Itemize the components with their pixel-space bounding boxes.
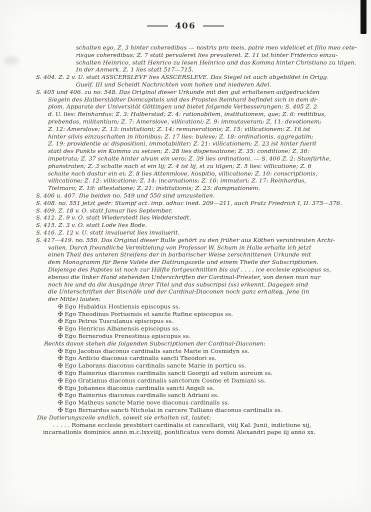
text-line: ✠ Ego Johannes diaconus cardinalis sanct… bbox=[58, 384, 371, 391]
text-line: Diejenige des Papstes ist noch zur Hälft… bbox=[48, 266, 371, 273]
text-line: statt des Punkts ein Komma zu setzen; Z.… bbox=[48, 148, 371, 155]
text-line: dem Monogramm für Bene Valete der Datiru… bbox=[48, 259, 371, 266]
text-line: schalten Heinrico, statt Henrico zu lese… bbox=[76, 59, 371, 66]
text-line: S. 404. Z. 2 v. U. statt ASSCERSLEVF lie… bbox=[36, 74, 371, 81]
text-line: ✠ Ego Rainerius diaconus cardinalis sanc… bbox=[58, 370, 371, 377]
text-line: Tietmaro; Z. 19: attestatione; Z. 21: in… bbox=[48, 185, 371, 192]
text-line: ✠ Ego Henricus Albanensis episcopus ss. bbox=[58, 325, 371, 332]
text-line: ✠ Ego Rainerius diaconus cardinalis sanc… bbox=[58, 392, 371, 399]
text-line: S. 416. Z. 12 v. U. statt invaluerat lie… bbox=[36, 229, 371, 236]
text-line: Die Datierungszeile endlich, soweit sie … bbox=[37, 414, 371, 421]
text-line: incarnationis dominice anno m.c.lxxviiij… bbox=[43, 429, 371, 436]
text-line: ✠ Ego Theodinus Portuensis et sancte Ruf… bbox=[58, 310, 371, 317]
text-line: Z. 19: providentie ac dispositioni, immo… bbox=[48, 140, 371, 147]
text-line: noch hie und da die Ausgänge ihrer Titel… bbox=[48, 281, 371, 288]
header-rule-left bbox=[147, 26, 168, 27]
header-rule-right bbox=[203, 26, 224, 27]
text-line: villicatione; Z. 12: villicatione; Z. 14… bbox=[48, 177, 371, 184]
text-line: Guelf. III und Scheidt Nachrichten vom h… bbox=[76, 81, 371, 88]
text-line: . . . . . Romane ecclesie presbiteri car… bbox=[53, 421, 371, 428]
text-line: S. 408. no. 551 jetzt gedr: Stumpf act. … bbox=[36, 199, 371, 206]
text-line: hinter silvis einzuschalten in litonibus… bbox=[48, 133, 371, 140]
text-line: ✠ Ego Gratianus diaconus cardinalis sanc… bbox=[58, 377, 371, 384]
text-line: Z. 12: Amerslove; Z. 13: institutioni; Z… bbox=[48, 125, 371, 132]
text-line: phanstraten; Z. 3 schalte nach st ein li… bbox=[48, 162, 371, 169]
scanned-page: 406 schalten ego, Z. 3 hinter coheredibu… bbox=[0, 0, 371, 512]
text-line: schalten ego, Z. 3 hinter coheredibus — … bbox=[76, 44, 371, 51]
text-line: S. 406 u. 407. Die beiden no. 549 und 55… bbox=[36, 192, 371, 199]
text-line: S. 405 und 406. zu no. 548. Das Original… bbox=[36, 88, 371, 95]
page-number: 406 bbox=[175, 21, 196, 31]
text-line: schalte nach dastur ein ei; Z. 8 lies At… bbox=[48, 170, 371, 177]
text-line: Rechts davon stehen die folgenden Subscr… bbox=[44, 340, 371, 347]
text-line: plom. Apparate der Universität Göttingen… bbox=[48, 103, 371, 110]
text-line: impetrata; Z. 37 schalte hinter alvum ei… bbox=[48, 155, 371, 162]
text-line: Siegeln des Halberstädter Domcapitels un… bbox=[48, 96, 371, 103]
text-line: ✠ Ego Jacobus diaconus cardinalis sancte… bbox=[58, 347, 371, 354]
text-line: ebenso die linker Hand stehenden Untersc… bbox=[48, 273, 371, 280]
text-line: ✠ Ego Bernerodus Prenestinus episcopus s… bbox=[58, 333, 371, 340]
text-line: valien. Durch freundliche Vermittelung v… bbox=[48, 244, 371, 251]
text-line: ✠ Ego Matheus sancte Marie nove diaconus… bbox=[58, 399, 371, 406]
page-body: schalten ego, Z. 3 hinter coheredibus — … bbox=[0, 44, 371, 436]
page-canvas: 406 schalten ego, Z. 3 hinter coheredibu… bbox=[0, 0, 371, 512]
text-line: In der Anmerk. Z. 1 lies statt 517—715. bbox=[76, 66, 371, 73]
text-line: die Unterschriften der Bischöfe und der … bbox=[48, 288, 371, 295]
text-line: ✠ Ego Petrus Tusculanus episcopus ss. bbox=[58, 318, 371, 325]
text-line: S. 412. Z. 9 v. O. statt Wiederstedt lie… bbox=[36, 214, 371, 221]
text-line: S. 415. Z. 3 v. O. statt Lode lies Bode. bbox=[36, 222, 371, 229]
text-line: S. 417—419. no. 556. Das Original dieser… bbox=[36, 236, 371, 243]
text-line: prebendas, militantium; Z. 7: Amerslove,… bbox=[48, 118, 371, 125]
text-line: ✠ Ego Bernardus sancti Nicholai in carce… bbox=[58, 407, 371, 414]
text-line: ✠ Ego Laborans diaconus cardinalis sanct… bbox=[58, 362, 371, 369]
text-line: der Mitte) lauten: bbox=[48, 296, 371, 303]
text-line: einen Theil des unteren Streifens der in… bbox=[48, 251, 371, 258]
text-line: S. 409. Z. 18 v. O. statt Januar lies Se… bbox=[36, 207, 371, 214]
text-line: ✠ Ego Ardicio diaconus cardinalis sancti… bbox=[58, 355, 371, 362]
text-line: ✠ Ego Hubaldus Hostiensis episcopus ss. bbox=[58, 303, 371, 310]
text-line: d. U. lies: Reinhardus; Z. 3: Halberstad… bbox=[48, 111, 371, 118]
page-header: 406 bbox=[0, 21, 371, 31]
text-line: risque coheredibus; Z. 7 statt pervalere… bbox=[76, 51, 371, 58]
